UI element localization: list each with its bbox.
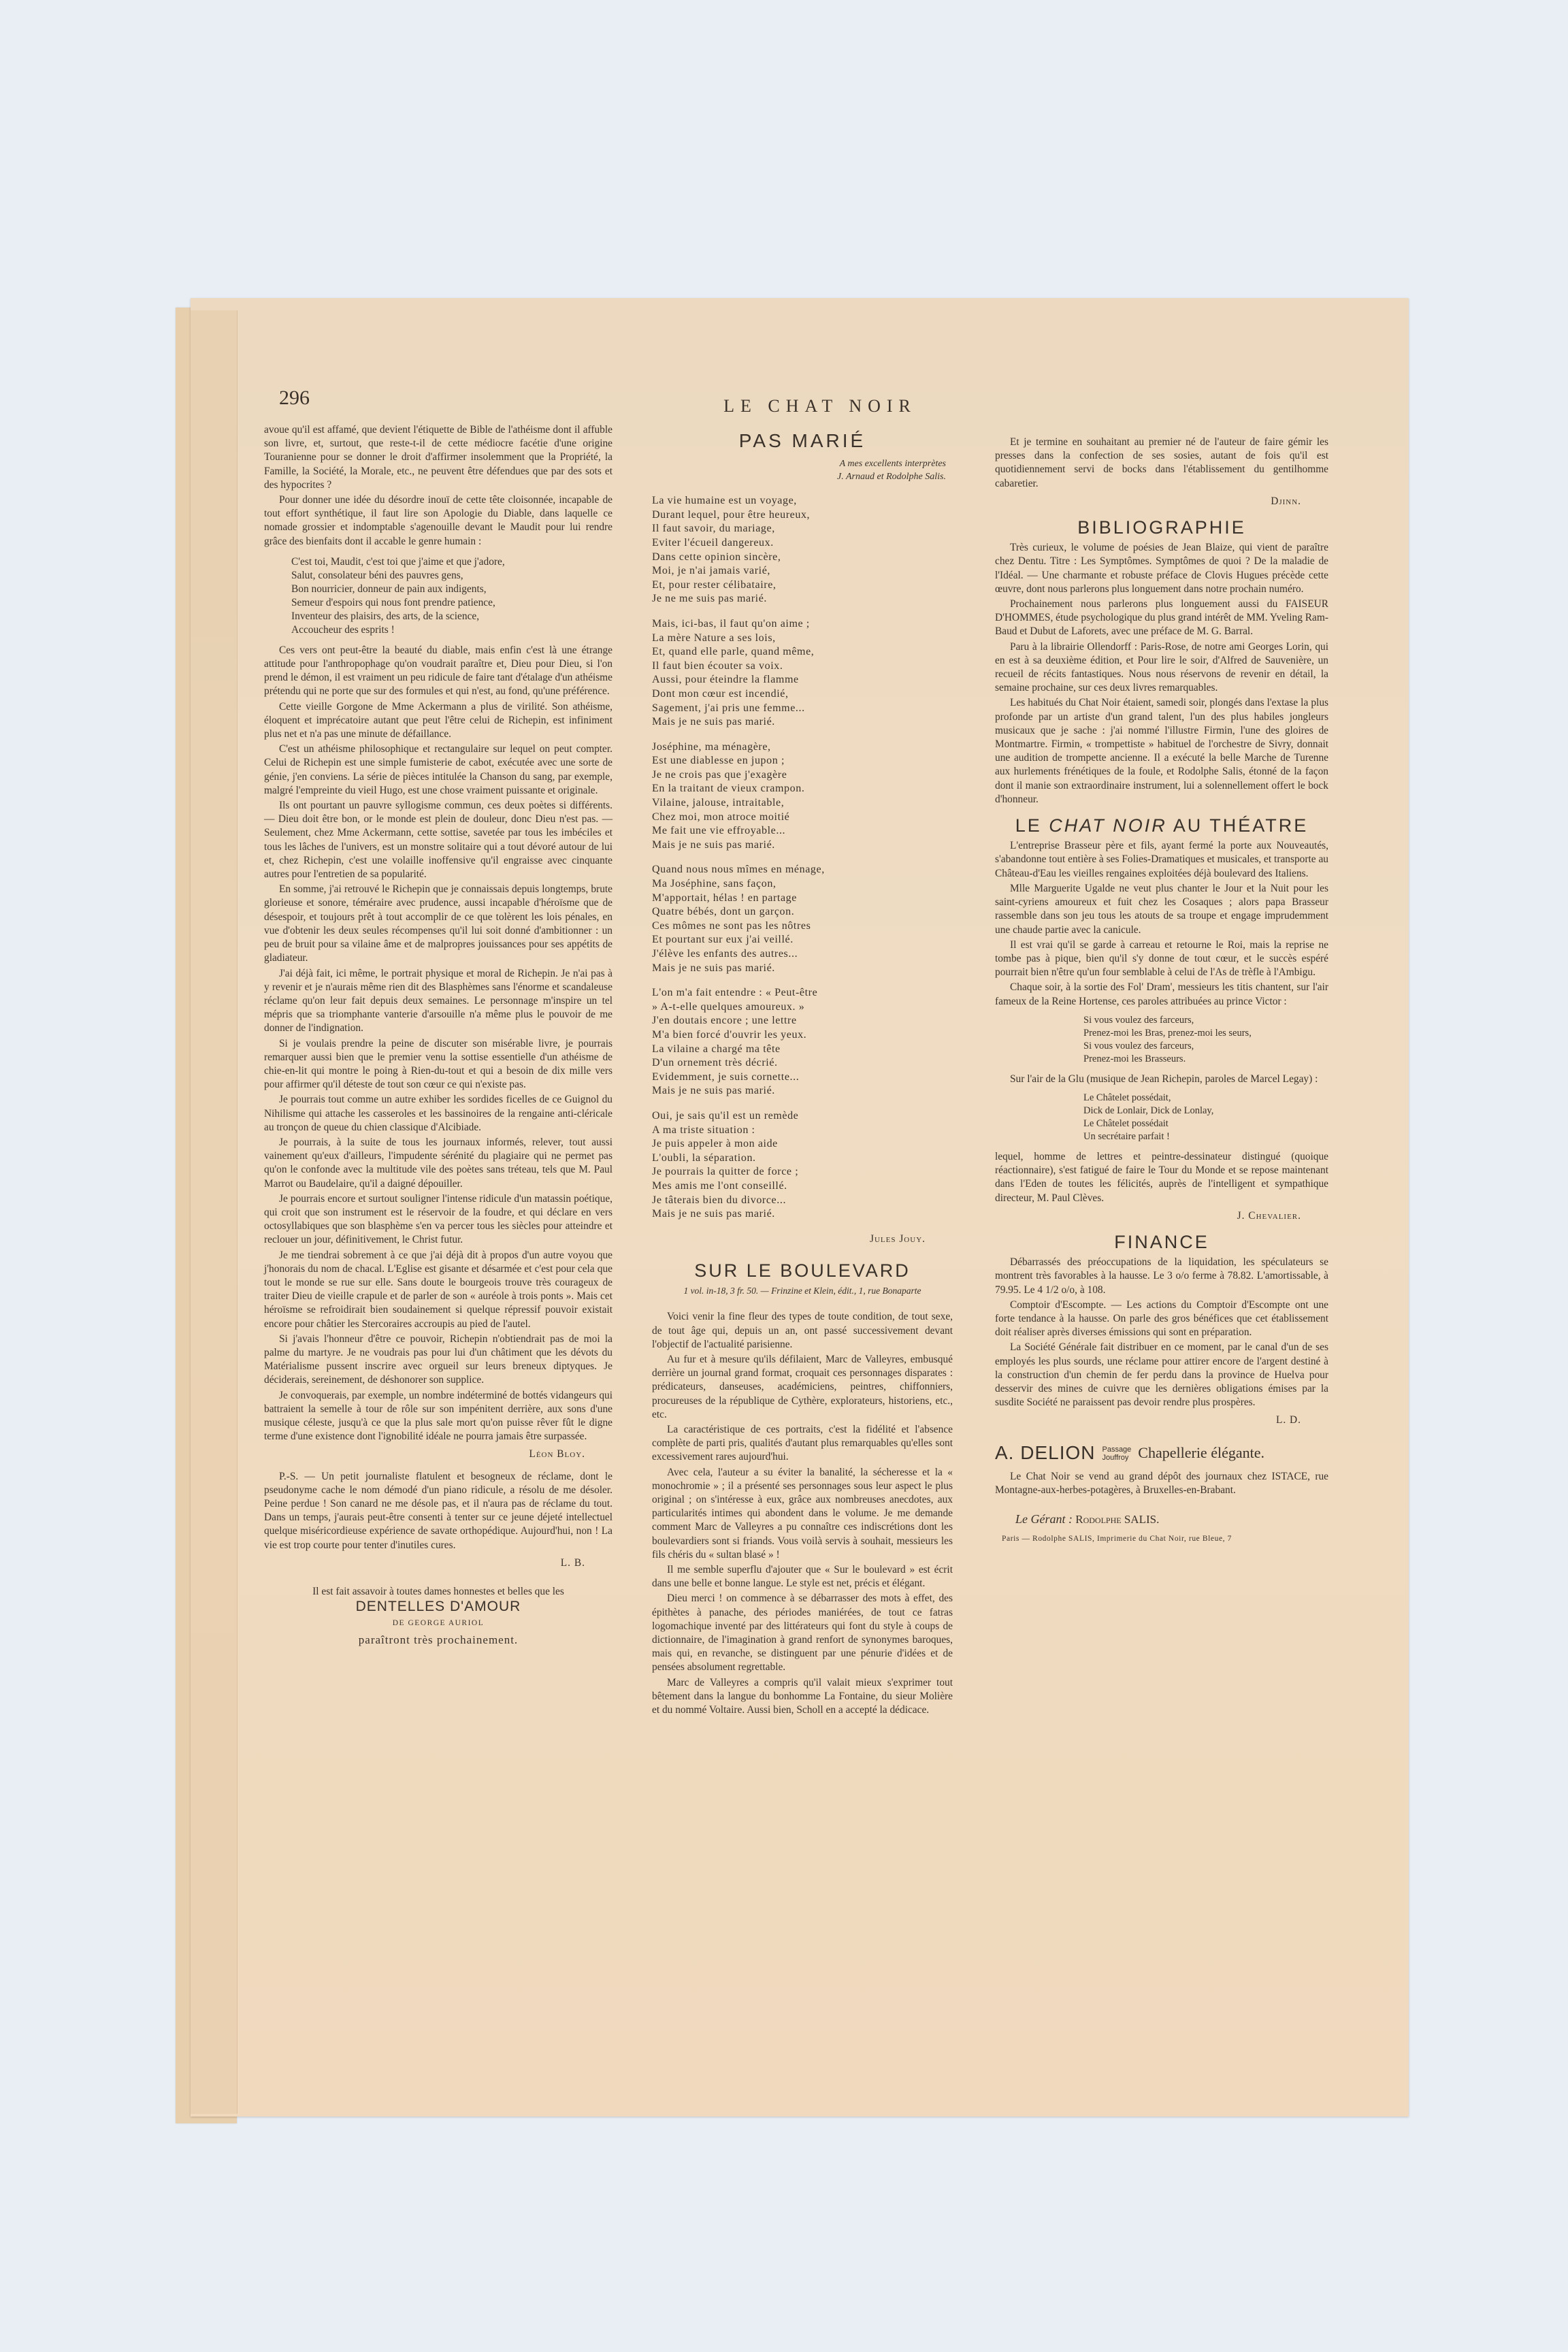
dedication-line: A mes excellents interprètes — [652, 457, 946, 470]
poem-stanza: Quand nous nous mîmes en ménage, Ma José… — [652, 863, 953, 975]
advert-address: Passage Jouffroy — [1102, 1445, 1131, 1462]
article-paragraph: Pour donner une idée du désordre inouï d… — [264, 493, 612, 549]
dentelles-advert: Il est fait assavoir à toutes dames honn… — [264, 1585, 612, 1647]
review-paragraph: Il me semble superflu d'ajouter que « Su… — [652, 1563, 953, 1590]
advert-author: DE GEORGE AURIOL — [264, 1616, 612, 1630]
right-column: Et je termine en souhaitant au premier n… — [995, 436, 1328, 1546]
verse-line: Je ne me suis pas marié. — [652, 592, 953, 606]
verse-line: Prenez-moi les Bras, prenez-moi les seur… — [1083, 1027, 1328, 1040]
verse-line: La mère Nature a ses lois, — [652, 632, 953, 646]
verse-line: Me fait une vie effroyable... — [652, 824, 953, 838]
advert-lead: Il est fait assavoir à toutes dames honn… — [264, 1585, 612, 1599]
verse-line: Est une diablesse en jupon ; — [652, 754, 953, 768]
article-paragraph: Si j'avais l'honneur d'être ce pouvoir, … — [264, 1333, 612, 1388]
verse-line: A ma triste situation : — [652, 1124, 953, 1138]
article-paragraph: Je pourrais encore et surtout souligner … — [264, 1192, 612, 1247]
verse-line: En la traitant de vieux crampon. — [652, 782, 953, 796]
verse-line: Le Châtelet possédait, — [1083, 1092, 1328, 1105]
poem-stanza: Mais, ici-bas, il faut qu'on aime ; La m… — [652, 617, 953, 730]
verse-line: Je pourrais la quitter de force ; — [652, 1165, 953, 1179]
delion-advert: A. DELION Passage Jouffroy Chapellerie é… — [995, 1445, 1328, 1462]
verse-line: Eviter l'écueil dangereux. — [652, 536, 953, 551]
verse-line: Mais je ne suis pas marié. — [652, 1084, 953, 1098]
poem-stanza: Oui, je sais qu'il est un remède A ma tr… — [652, 1109, 953, 1222]
bibliographie-title: BIBLIOGRAPHIE — [995, 521, 1328, 534]
finance-paragraph: Débarrassés des préoccupations de la liq… — [995, 1256, 1328, 1297]
verse-line: J'en doutais encore ; une lettre — [652, 1014, 953, 1028]
verse-line: Dans cette opinion sincère, — [652, 551, 953, 565]
author-signature: Léon Bloy. — [264, 1448, 585, 1461]
poem-dedication: A mes excellents interprètes J. Arnaud e… — [652, 457, 946, 483]
verse-line: » A-t-elle quelques amoureux. » — [652, 1000, 953, 1015]
finance-signature: L. D. — [995, 1414, 1301, 1427]
finance-paragraph: Comptoir d'Escompte. — Les actions du Co… — [995, 1298, 1328, 1340]
title-suffix: AU THÉATRE — [1173, 815, 1309, 836]
printer-imprint: Paris — Rodolphe SALIS, Imprimerie du Ch… — [1002, 1532, 1328, 1546]
review-paragraph: Avec cela, l'auteur a su éviter la banal… — [652, 1466, 953, 1562]
verse-line: Mais, ici-bas, il faut qu'on aime ; — [652, 617, 953, 632]
verse-line: La vie humaine est un voyage, — [652, 494, 953, 508]
verse-line: Vilaine, jalouse, intraitable, — [652, 796, 953, 811]
theatre-paragraph: Il est vrai qu'il se garde à carreau et … — [995, 938, 1328, 980]
poem-stanza: L'on m'a fait entendre : « Peut-être » A… — [652, 986, 953, 1098]
theatre-paragraph: Mlle Marguerite Ugalde ne veut plus chan… — [995, 882, 1328, 937]
article-paragraph: C'est un athéisme philosophique et recta… — [264, 742, 612, 798]
review-paragraph: Voici venir la fine fleur des types de t… — [652, 1310, 953, 1352]
verse-line: Un secrétaire parfait ! — [1083, 1130, 1328, 1143]
article-paragraph: Si je voulais prendre la peine de discut… — [264, 1037, 612, 1092]
dedication-line: J. Arnaud et Rodolphe Salis. — [652, 470, 946, 483]
poem-signature: Jules Jouy. — [652, 1232, 926, 1246]
verse-line: Sagement, j'ai pris une femme... — [652, 702, 953, 716]
verse-line: M'a bien forcé d'ouvrir les yeux. — [652, 1028, 953, 1043]
bibliographie-paragraph: Les habitués du Chat Noir étaient, samed… — [995, 696, 1328, 806]
article-paragraph: Je convoquerais, par exemple, un nombre … — [264, 1389, 612, 1444]
verse-line: Mais je ne suis pas marié. — [652, 838, 953, 853]
theatre-title: LE CHAT NOIR AU THÉATRE — [995, 819, 1328, 832]
verse-line: Mes amis me l'ont conseillé. — [652, 1179, 953, 1194]
verse-line: Joséphine, ma ménagère, — [652, 740, 953, 755]
article-paragraph: Cette vieille Gorgone de Mme Ackermann a… — [264, 700, 612, 742]
poem-title: PAS MARIÉ — [652, 434, 953, 448]
finance-title: FINANCE — [995, 1235, 1328, 1249]
theatre-verse: Si vous voulez des farceurs, Prenez-moi … — [1083, 1014, 1328, 1066]
review-title: SUR LE BOULEVARD — [652, 1264, 953, 1277]
page-number: 296 — [279, 387, 310, 410]
verse-line: Je puis appeler à mon aide — [652, 1137, 953, 1151]
verse-line: Quand nous nous mîmes en ménage, — [652, 863, 953, 877]
verse-line: Et, pour rester célibataire, — [652, 578, 953, 593]
verse-line: Le Châtelet possédait — [1083, 1117, 1328, 1130]
poem-stanza: La vie humaine est un voyage, Durant leq… — [652, 494, 953, 606]
verse-line: L'on m'a fait entendre : « Peut-être — [652, 986, 953, 1000]
intro-paragraph: Et je termine en souhaitant au premier n… — [995, 436, 1328, 491]
verse-line: La vilaine a chargé ma tête — [652, 1043, 953, 1057]
intro-signature: Djinn. — [995, 495, 1301, 508]
verse-line: Dont mon cœur est incendié, — [652, 687, 953, 702]
article-paragraph: Ils ont pourtant un pauvre syllogisme co… — [264, 799, 612, 881]
review-paragraph: Marc de Valleyres a compris qu'il valait… — [652, 1676, 953, 1718]
verse-line: D'un ornement très décrié. — [652, 1056, 953, 1071]
review-paragraph: Dieu merci ! on commence à se débarrasse… — [652, 1592, 953, 1674]
bibliographie-paragraph: Paru à la librairie Ollendorff : Paris-R… — [995, 640, 1328, 696]
article-paragraph: Je pourrais tout comme un autre exhiber … — [264, 1093, 612, 1134]
verse-line: Mais je ne suis pas marié. — [652, 1207, 953, 1222]
verse-line: Si vous voulez des farceurs, — [1083, 1014, 1328, 1027]
verse-line: Prenez-moi les Brasseurs. — [1083, 1053, 1328, 1066]
verse-line: Je ne crois pas que j'exagère — [652, 768, 953, 783]
verse-line: Oui, je sais qu'il est un remède — [652, 1109, 953, 1124]
article-paragraph: avoue qu'il est affamé, que devient l'ét… — [264, 423, 612, 492]
review-subtitle: 1 vol. in-18, 3 fr. 50. — Frinzine et Kl… — [652, 1284, 953, 1298]
bibliographie-paragraph: Prochainement nous parlerons plus longue… — [995, 598, 1328, 639]
article-paragraph: J'ai déjà fait, ici même, le portrait ph… — [264, 967, 612, 1036]
verse-line: Ces mômes ne sont pas les nôtres — [652, 919, 953, 934]
verse-line: Il faut savoir, du mariage, — [652, 522, 953, 536]
verse-line: Semeur d'espoirs qui nous font prendre p… — [291, 596, 612, 610]
theatre-paragraph: lequel, homme de lettres et peintre-dess… — [995, 1150, 1328, 1205]
verse-line: Mais je ne suis pas marié. — [652, 962, 953, 976]
finance-paragraph: La Société Générale fait distribuer en c… — [995, 1341, 1328, 1409]
left-column: avoue qu'il est affamé, que devient l'ét… — [264, 423, 612, 1647]
bibliographie-paragraph: Très curieux, le volume de poésies de Je… — [995, 541, 1328, 596]
verse-line: Mais je ne suis pas marié. — [652, 715, 953, 730]
title-italic: CHAT NOIR — [1049, 815, 1167, 836]
advert-footer: paraîtront très prochainement. — [264, 1633, 612, 1647]
verse-line: M'apportait, hélas ! en partage — [652, 892, 953, 906]
advert-shop: Chapellerie élégante. — [1138, 1446, 1264, 1460]
review-paragraph: Au fur et à mesure qu'ils défilaient, Ma… — [652, 1353, 953, 1422]
verse-line: Salut, consolateur béni des pauvres gens… — [291, 569, 612, 583]
verse-line: J'élève les enfants des autres... — [652, 947, 953, 962]
verse-line: Accoucheur des esprits ! — [291, 623, 612, 637]
review-paragraph: La caractéristique de ces portraits, c'e… — [652, 1423, 953, 1465]
postscript-signature: L. B. — [264, 1556, 585, 1570]
advert-name: A. DELION — [995, 1446, 1095, 1460]
quoted-verse: C'est toi, Maudit, c'est toi que j'aime … — [291, 555, 612, 637]
verse-line: Durant lequel, pour être heureux, — [652, 508, 953, 523]
verse-line: Evidemment, je suis cornette... — [652, 1071, 953, 1085]
advert-title: DENTELLES D'AMOUR — [264, 1600, 612, 1614]
verse-line: Si vous voulez des farceurs, — [1083, 1040, 1328, 1053]
verse-line: Quatre bébés, dont un garçon. — [652, 905, 953, 919]
verse-line: Moi, je n'ai jamais varié, — [652, 564, 953, 578]
verse-line: Chez moi, mon atroce moitié — [652, 811, 953, 825]
verse-line: Ma Joséphine, sans façon, — [652, 877, 953, 892]
verse-line: Il faut bien écouter sa voix. — [652, 659, 953, 674]
gerant-line: Le Gérant : Rodolphe SALIS. — [1015, 1512, 1328, 1526]
verse-line: Je tâterais bien du divorce... — [652, 1194, 953, 1208]
article-paragraph: Ces vers ont peut-être la beauté du diab… — [264, 644, 612, 699]
verse-line: Aussi, pour éteindre la flamme — [652, 673, 953, 687]
address-line: Passage — [1102, 1445, 1131, 1454]
verse-line: Et, quand elle parle, quand même, — [652, 645, 953, 659]
middle-column: PAS MARIÉ A mes excellents interprètes J… — [652, 422, 953, 1718]
article-paragraph: Je me tiendrai sobrement à ce que j'ai d… — [264, 1249, 612, 1331]
title-prefix: LE — [1015, 815, 1042, 836]
theatre-paragraph: Sur l'air de la Glu (musique de Jean Ric… — [995, 1073, 1328, 1086]
poem-stanza: Joséphine, ma ménagère, Est une diabless… — [652, 740, 953, 853]
article-paragraph: Je pourrais, à la suite de tous les jour… — [264, 1136, 612, 1191]
verse-line: Dick de Lonlair, Dick de Lonlay, — [1083, 1105, 1328, 1117]
gerant-label: Le Gérant : — [1015, 1512, 1073, 1526]
verse-line: Bon nourricier, donneur de pain aux indi… — [291, 583, 612, 596]
theatre-paragraph: Chaque soir, à la sortie des Fol' Dram',… — [995, 981, 1328, 1008]
verse-line: C'est toi, Maudit, c'est toi que j'aime … — [291, 555, 612, 569]
theatre-signature: J. Chevalier. — [995, 1209, 1301, 1223]
theatre-verse: Le Châtelet possédait, Dick de Lonlair, … — [1083, 1092, 1328, 1143]
verse-line: Et pourtant sur eux j'ai veillé. — [652, 933, 953, 947]
address-line: Jouffroy — [1102, 1454, 1131, 1462]
article-paragraph: En somme, j'ai retrouvé le Richepin que … — [264, 883, 612, 965]
gerant-name: Rodolphe SALIS. — [1075, 1513, 1159, 1526]
distribution-notice: Le Chat Noir se vend au grand dépôt des … — [995, 1470, 1328, 1497]
postscript: P.-S. — Un petit journaliste flatulent e… — [264, 1470, 612, 1552]
theatre-paragraph: L'entreprise Brasseur père et fils, ayan… — [995, 839, 1328, 881]
verse-line: L'oubli, la séparation. — [652, 1151, 953, 1166]
verse-line: Inventeur des plaisirs, des arts, de la … — [291, 610, 612, 623]
masthead: LE CHAT NOIR — [704, 396, 936, 416]
